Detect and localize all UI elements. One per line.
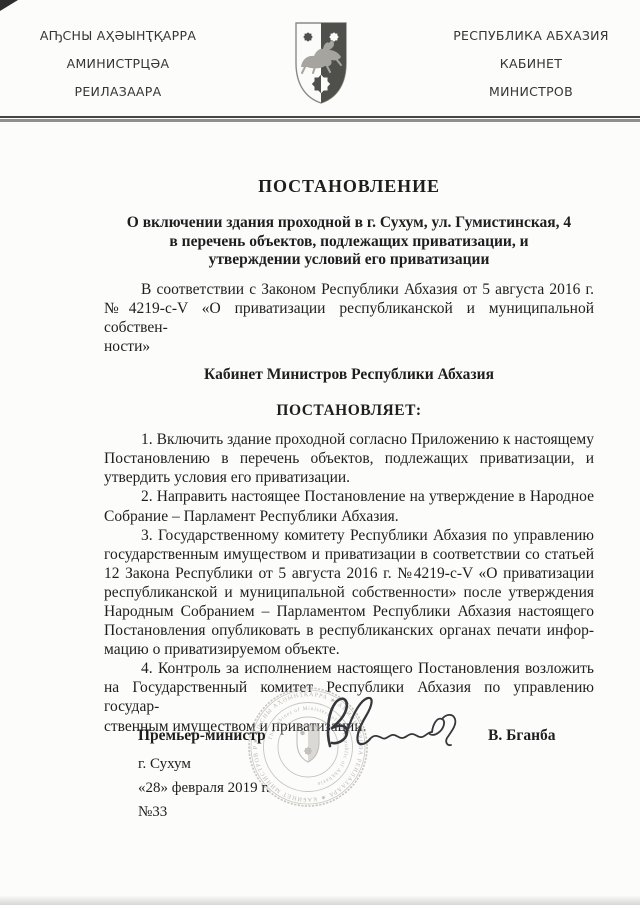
text-line: ности» [104,337,594,356]
text-line: республиканской и муниципальной собствен… [104,583,594,602]
resolves-line: ПОСТАНОВЛЯЕТ: [104,402,594,420]
text-line: Собрание – Парламент Республики Абхазия. [104,507,594,526]
preamble-paragraph: В соответствии с Законом Республики Абха… [104,280,594,356]
header-line: АҦСНЫ АҲӘЫНҬҚАРРА [18,22,218,50]
star-right-icon [329,32,339,42]
document-title: ПОСТАНОВЛЕНИЕ [104,176,594,197]
subject-line: в перечень объектов, подлежащих приватиз… [104,233,594,252]
header-line: РЕИЛАЗААРА [18,78,218,106]
item-1: 1. Включить здание проходной согласно Пр… [104,430,594,487]
item-2: 2. Направить настоящее Постановление на … [104,487,594,525]
signer-name: В. Бганба [488,727,556,745]
text-line: 3. Государственному комитету Республики … [104,526,594,545]
signature [316,694,466,756]
scan-corner-artifact [0,0,18,11]
footer-city: г. Сухум [138,756,191,773]
text-line: мацию о приватизируемом объекте. [104,640,594,659]
subject-line: утверждении условий его приватизации [104,251,594,270]
header-left-abkhaz: АҦСНЫ АҲӘЫНҬҚАРРААМИНИСТРЦӘАРЕИЛАЗААРА [18,22,218,106]
text-line: 2. Направить настоящее Постановление на … [104,487,594,506]
header-line: МИНИСТРОВ [431,78,631,106]
header-line: АМИНИСТРЦӘА [18,50,218,78]
scanned-page: АҦСНЫ АҲӘЫНҬҚАРРААМИНИСТРЦӘАРЕИЛАЗААРА [0,0,640,905]
text-line: Постановления опубликовать в республикан… [104,621,594,640]
header-line: КАБИНЕТ [431,50,631,78]
text-line: 4. Контроль за исполнением настоящего По… [104,659,594,678]
text-line: государственным имуществом и приватизаци… [104,545,594,564]
issuer-line: Кабинет Министров Республики Абхазия [104,366,594,384]
text-line: Постановлению в перечень объектов, подле… [104,449,594,468]
header-divider [0,116,640,122]
footer-document-number: №33 [138,804,167,821]
document-subject: О включении здания проходной в г. Сухум,… [104,214,594,270]
star-left-icon [303,32,313,42]
subject-line: О включении здания проходной в г. Сухум,… [104,214,594,233]
header-right-russian: РЕСПУБЛИКА АБХАЗИЯКАБИНЕТМИНИСТРОВ [431,22,631,106]
scan-bottom-edge [0,896,640,905]
text-line: В соответствии с Законом Республики Абха… [104,280,594,299]
header-line: РЕСПУБЛИКА АБХАЗИЯ [431,22,631,50]
text-line: №4219-с-V «О приватизации республиканско… [104,299,594,337]
text-line: Народным Собранием – Парламентом Республ… [104,602,594,621]
document-body: ПОСТАНОВЛЕНИЕ О включении здания проходн… [104,176,594,736]
text-line: 1. Включить здание проходной согласно Пр… [104,430,594,449]
footer-date: «28» февраля 2019 г. [138,780,270,797]
text-line: утвердить условия его приватизации. [104,468,594,487]
signer-post: Премьер-министр [138,727,266,745]
abkhazia-coat-of-arms [293,21,349,105]
text-line: 12 Закона Республики от 5 августа 2016 г… [104,564,594,583]
item-3: 3. Государственному комитету Республики … [104,526,594,660]
